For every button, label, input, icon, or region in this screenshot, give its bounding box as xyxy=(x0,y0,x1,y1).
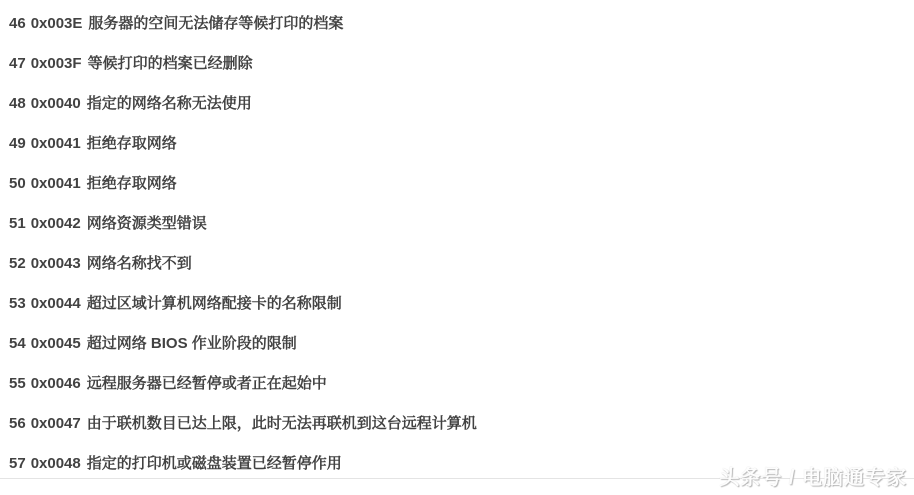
error-hex-code: 0x0048 xyxy=(31,455,81,472)
error-hex-code: 0x0046 xyxy=(31,375,81,392)
error-list-item: 480x0040指定的网络名称无法使用 xyxy=(9,95,914,135)
error-hex-code: 0x0043 xyxy=(31,255,81,272)
error-hex-code: 0x0044 xyxy=(31,295,81,312)
error-hex-code: 0x0040 xyxy=(31,95,81,112)
error-hex-code: 0x003F xyxy=(31,55,82,72)
error-description: 超过区域计算机网络配接卡的名称限制 xyxy=(87,295,342,312)
error-description: 指定的网络名称无法使用 xyxy=(87,95,252,112)
error-number: 51 xyxy=(9,215,26,232)
error-list-item: 470x003F等候打印的档案已经删除 xyxy=(9,55,914,95)
error-description: 服务器的空间无法储存等候打印的档案 xyxy=(88,15,343,32)
error-list-item: 550x0046远程服务器已经暂停或者正在起始中 xyxy=(9,375,914,415)
error-hex-code: 0x0041 xyxy=(31,175,81,192)
watermark-toutiao: 头条号 / 电脑通专家 xyxy=(719,461,907,490)
error-number: 56 xyxy=(9,415,26,432)
error-list-item: 510x0042网络资源类型错误 xyxy=(9,215,914,255)
error-list-item: 500x0041拒绝存取网络 xyxy=(9,175,914,215)
error-number: 53 xyxy=(9,295,26,312)
error-number: 52 xyxy=(9,255,26,272)
error-hex-code: 0x0041 xyxy=(31,135,81,152)
error-hex-code: 0x0047 xyxy=(31,415,81,432)
error-code-list: 460x003E服务器的空间无法储存等候打印的档案 470x003F等候打印的档… xyxy=(9,15,914,495)
error-description: 等候打印的档案已经删除 xyxy=(88,55,253,72)
error-description: 远程服务器已经暂停或者正在起始中 xyxy=(87,375,327,392)
error-description: 超过网络 BIOS 作业阶段的限制 xyxy=(87,335,297,352)
error-description: 由于联机数目已达上限，此时无法再联机到这台远程计算机 xyxy=(87,415,477,432)
error-description: 网络名称找不到 xyxy=(87,255,192,272)
error-number: 55 xyxy=(9,375,26,392)
error-hex-code: 0x0042 xyxy=(31,215,81,232)
error-number: 54 xyxy=(9,335,26,352)
error-list-item: 490x0041拒绝存取网络 xyxy=(9,135,914,175)
error-description: 指定的打印机或磁盘装置已经暂停作用 xyxy=(87,455,342,472)
error-list-item: 460x003E服务器的空间无法储存等候打印的档案 xyxy=(9,15,914,55)
error-number: 57 xyxy=(9,455,26,472)
error-number: 47 xyxy=(9,55,26,72)
article-page: 460x003E服务器的空间无法储存等候打印的档案 470x003F等候打印的档… xyxy=(0,0,914,495)
error-list-item: 560x0047由于联机数目已达上限，此时无法再联机到这台远程计算机 xyxy=(9,415,914,455)
error-number: 50 xyxy=(9,175,26,192)
error-description: 网络资源类型错误 xyxy=(87,215,207,232)
error-hex-code: 0x003E xyxy=(31,15,83,32)
error-list-item: 530x0044超过区域计算机网络配接卡的名称限制 xyxy=(9,295,914,335)
error-number: 48 xyxy=(9,95,26,112)
error-hex-code: 0x0045 xyxy=(31,335,81,352)
error-description: 拒绝存取网络 xyxy=(87,175,177,192)
error-description: 拒绝存取网络 xyxy=(87,135,177,152)
error-number: 49 xyxy=(9,135,26,152)
error-list-item: 540x0045超过网络 BIOS 作业阶段的限制 xyxy=(9,335,914,375)
error-list-item: 520x0043网络名称找不到 xyxy=(9,255,914,295)
error-number: 46 xyxy=(9,15,26,32)
